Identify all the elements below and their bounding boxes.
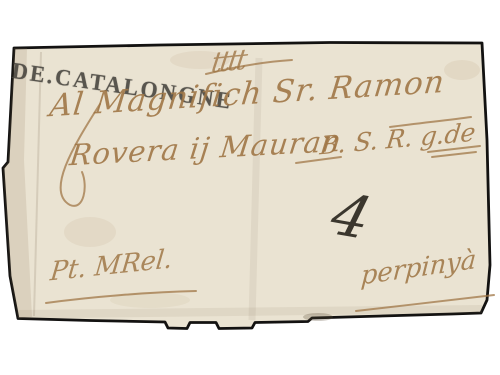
cover-photo: DE.CATALONGNE tttt Al Magnifich Sr. Ramo… — [0, 0, 500, 375]
stain — [64, 217, 116, 247]
stain — [444, 60, 480, 80]
stain — [170, 51, 230, 69]
letter-sheet — [3, 43, 490, 329]
letter-sheet-graphic — [0, 0, 500, 375]
stain — [303, 313, 333, 321]
